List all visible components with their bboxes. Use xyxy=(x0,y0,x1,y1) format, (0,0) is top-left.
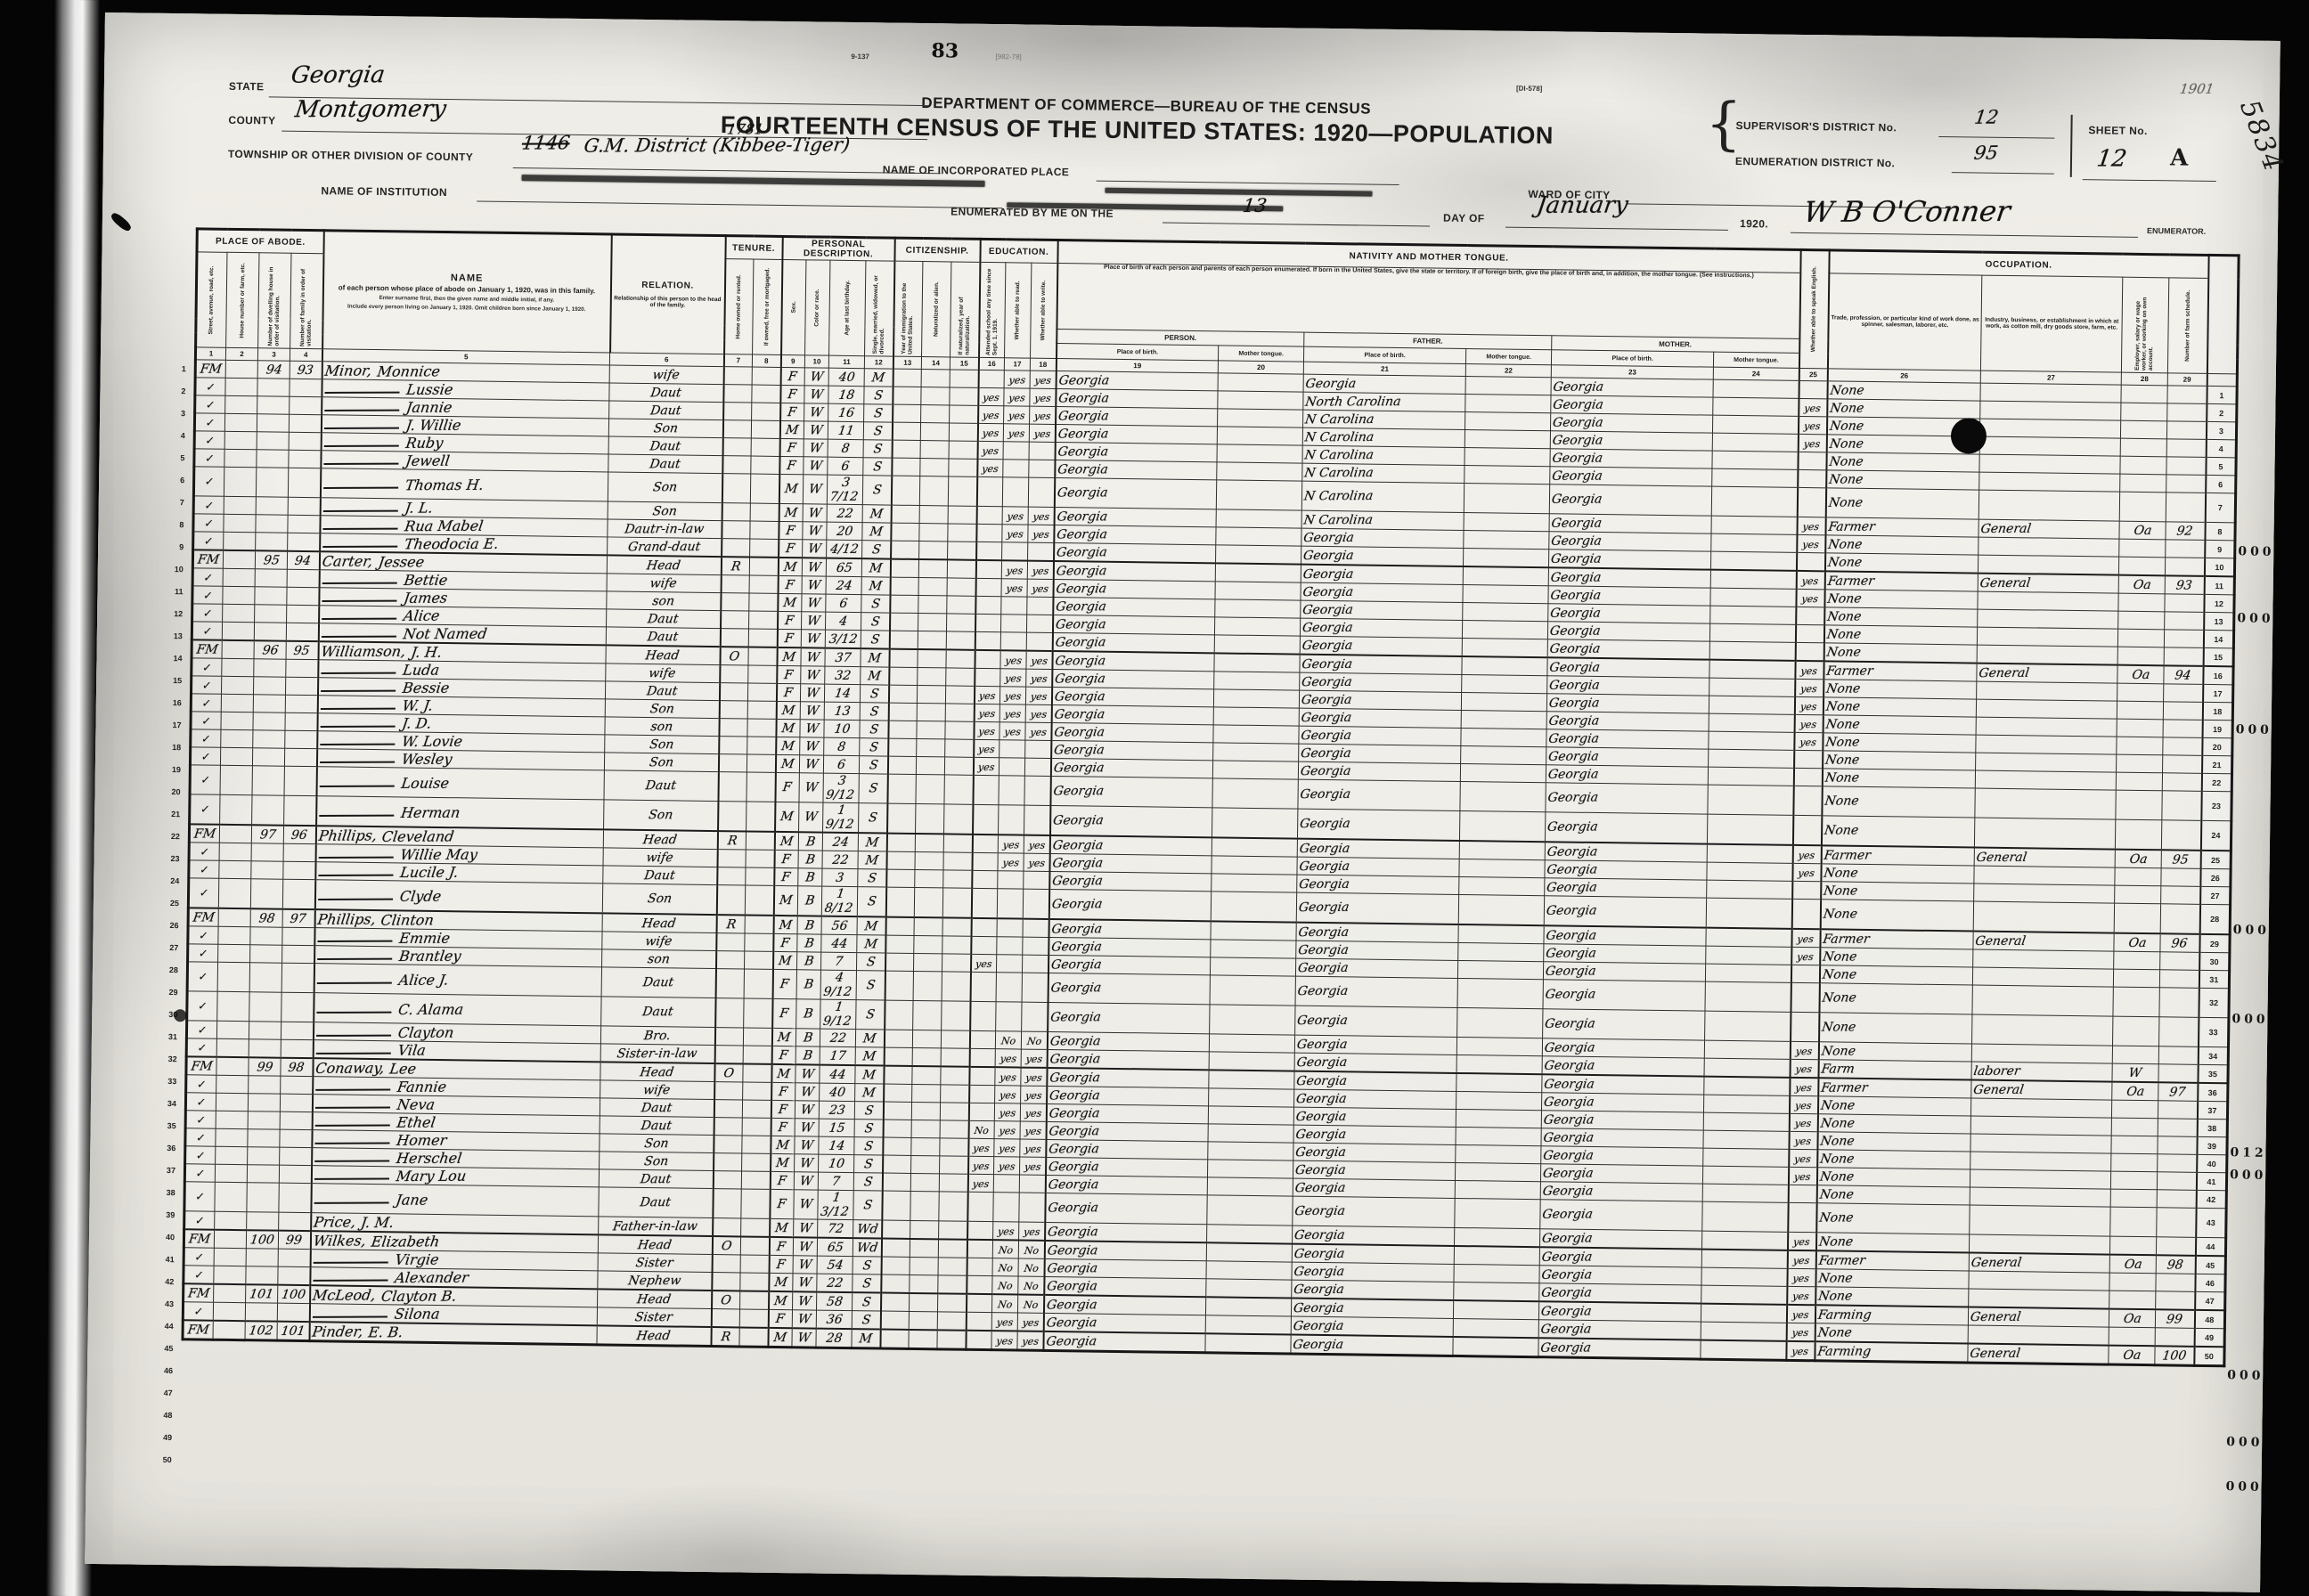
cell-line-number: 30 xyxy=(2199,952,2230,970)
cell-occupation: None xyxy=(1825,488,1979,519)
cell-age: 58 xyxy=(817,1292,853,1311)
column-number: 14 xyxy=(921,357,950,370)
cell-pob: Georgia xyxy=(1046,1103,1208,1123)
margin-line-number: 10 xyxy=(169,558,184,581)
margin-stamp xyxy=(2226,1409,2264,1432)
cell-pob: Georgia xyxy=(1052,651,1214,672)
cell-line-number: 11 xyxy=(2204,576,2234,595)
cell-pob-father: Georgia xyxy=(1294,1071,1456,1092)
margin-line-number: 40 xyxy=(160,1226,175,1249)
cell-age: 3 7/12 xyxy=(827,475,862,505)
cell-pob-father: Georgia xyxy=(1299,744,1461,763)
cell-pob-father: Georgia xyxy=(1292,1262,1454,1282)
cell-pob-father: Georgia xyxy=(1299,726,1461,745)
cell-occupation: None xyxy=(1827,399,1980,419)
cell-pob: Georgia xyxy=(1051,704,1213,724)
township-value: G.M. District (Kibbee-Tiger) xyxy=(583,134,851,156)
column-abode-2: House number or farm, etc. xyxy=(226,252,259,347)
cell-pob-father: Georgia xyxy=(1301,546,1464,566)
ditto-mark xyxy=(322,501,397,512)
column-abode-3: Number of dwelling house in order of vis… xyxy=(258,253,291,348)
cell-relation: Bro. xyxy=(600,1026,714,1046)
cell-pob: Georgia xyxy=(1054,507,1216,526)
cell-pob-father: Georgia xyxy=(1292,1280,1454,1300)
margin-line-number: 12 xyxy=(168,603,183,625)
cell-pob: Georgia xyxy=(1048,919,1211,940)
cell-age: 65 xyxy=(826,558,861,577)
margin-line-number: 33 xyxy=(162,1071,176,1093)
cell-relation: Son xyxy=(600,1134,714,1153)
cell-pob-father: Georgia xyxy=(1293,1107,1456,1127)
cell-occupation: None xyxy=(1818,1042,1971,1062)
cell-occupation: None xyxy=(1819,983,1972,1014)
state-label: STATE xyxy=(229,80,265,94)
margin-stamp xyxy=(2234,786,2272,809)
column-number: 8 xyxy=(752,354,780,367)
margin-stamp xyxy=(2233,852,2271,875)
cell-pob-mother: Georgia xyxy=(1541,1111,1703,1130)
ditto-mark xyxy=(314,1134,389,1144)
column-number: 15 xyxy=(950,357,978,370)
ditto-mark xyxy=(318,848,393,859)
margin-stamp xyxy=(2229,1231,2266,1254)
cell-pob-father: Georgia xyxy=(1296,958,1458,978)
column-citizenship-14: Naturalized or alien. xyxy=(922,262,951,357)
cell-pob-mother: Georgia xyxy=(1548,622,1710,641)
cell-line-number: 26 xyxy=(2200,868,2231,886)
cell-age: 44 xyxy=(821,934,857,953)
cell-pob-mother: Georgia xyxy=(1541,1128,1703,1148)
cell-name: Clyde xyxy=(314,880,602,914)
column-industry: Industry, business, or establishment in … xyxy=(1981,275,2123,372)
margin-line-number: 2 xyxy=(171,380,185,403)
cell-line-number: 38 xyxy=(2197,1119,2227,1136)
cell-relation: Daut xyxy=(601,997,715,1028)
margin-stamp xyxy=(2239,496,2276,519)
cell-age: 56 xyxy=(821,916,857,935)
margin-line-number: 35 xyxy=(161,1115,175,1137)
margin-line-number: 41 xyxy=(160,1249,175,1271)
cell-relation: Daut xyxy=(609,383,723,403)
cell-relation: Sister xyxy=(597,1307,711,1327)
column-number: 9 xyxy=(780,354,804,367)
margin-line-number: 45 xyxy=(159,1338,173,1360)
cell-pob-father: Georgia xyxy=(1299,690,1461,710)
cell-line-number: 29 xyxy=(2199,934,2230,953)
cell-pob: Georgia xyxy=(1044,1295,1206,1315)
cell-age: 24 xyxy=(822,833,858,851)
margin-stamp xyxy=(2239,474,2276,497)
cell-relation: Daut xyxy=(603,866,717,885)
cell-relation: Daut xyxy=(600,1098,714,1118)
cell-pob-father: N Carolina xyxy=(1302,445,1465,465)
cell-pob-mother: Georgia xyxy=(1540,1200,1702,1231)
cell-pob-father: Georgia xyxy=(1295,1006,1457,1037)
cell-occupation: Farmer xyxy=(1815,1250,1969,1271)
column-number: 13 xyxy=(893,356,921,369)
county-value: Montgomery xyxy=(293,96,447,124)
cell-pob: Georgia xyxy=(1043,1331,1205,1353)
cell-pob-mother: Georgia xyxy=(1551,413,1713,433)
ditto-mark xyxy=(324,401,399,411)
margin-stamp: 000 xyxy=(2230,1164,2267,1187)
cell-pob: Georgia xyxy=(1050,758,1212,778)
cell-line-number: 44 xyxy=(2196,1237,2226,1256)
cell-pob-mother: Georgia xyxy=(1545,878,1707,898)
column-number: 22 xyxy=(1465,364,1551,378)
state-value: Georgia xyxy=(290,61,387,88)
ditto-mark xyxy=(320,735,395,745)
margin-line-number: 14 xyxy=(167,647,182,670)
cell-line-number: 37 xyxy=(2198,1101,2228,1119)
margin-line-number: 21 xyxy=(166,803,180,826)
section-name: NAME of each person whose place of abode… xyxy=(322,231,612,353)
margin-stamp: 000 xyxy=(2237,607,2274,631)
column-tenure-8: If owned, free or mortgaged. xyxy=(753,259,782,354)
nativity-note: Place of birth of each person and parent… xyxy=(1057,264,1800,339)
cell-relation: Head xyxy=(600,1062,714,1081)
ditto-mark xyxy=(316,1002,391,1013)
cell-pob-father: Georgia xyxy=(1292,1299,1454,1319)
cell-pob-father: Georgia xyxy=(1303,374,1465,394)
cell-relation: Dautr-in-law xyxy=(608,519,722,539)
cell-pob-mother: Georgia xyxy=(1544,925,1706,946)
cell-occupation: Farmer xyxy=(1825,517,1979,537)
cell-name: Thomas H. xyxy=(320,468,608,501)
ditto-mark xyxy=(314,1152,389,1162)
cell-pob: Georgia xyxy=(1052,669,1214,688)
ditto-mark xyxy=(315,1098,390,1109)
margin-stamp xyxy=(2231,986,2269,1009)
cell-line-number: 13 xyxy=(2204,612,2234,630)
margin-stamp xyxy=(2231,1075,2268,1098)
cell-line-number: 12 xyxy=(2204,594,2234,612)
cell-line-number: 21 xyxy=(2202,755,2232,773)
cell-pob-father: Georgia xyxy=(1301,528,1464,548)
incorporated-instruction-bar xyxy=(1105,188,1372,197)
cell-pob: Georgia xyxy=(1050,776,1212,807)
enumeration-label: ENUMERATION DISTRICT No. xyxy=(1735,155,1896,169)
cell-line-number: 20 xyxy=(2202,737,2232,755)
margin-line-number: 4 xyxy=(171,425,185,447)
margin-line-number: 44 xyxy=(159,1315,174,1338)
cell-line-number: 24 xyxy=(2200,820,2231,851)
cell-pob-mother: Georgia xyxy=(1541,1146,1703,1166)
cell-pob-father: N Carolina xyxy=(1303,410,1465,429)
column-number: 17 xyxy=(1004,358,1030,370)
cell-pob-mother: Georgia xyxy=(1545,860,1707,880)
cell-age: 72 xyxy=(818,1219,853,1238)
supervisor-value: 12 xyxy=(1973,107,2000,128)
enumerator-signature: W B O'Conner xyxy=(1801,194,2012,229)
cell-age: 22 xyxy=(822,851,858,869)
ditto-mark xyxy=(319,776,394,786)
cell-line-number: 2 xyxy=(2207,403,2237,421)
cell-occupation: None xyxy=(1818,1096,1971,1116)
cell-occupation: Farm xyxy=(1818,1060,1971,1080)
ditto-mark xyxy=(320,699,395,710)
day-of-label: DAY OF xyxy=(1443,212,1485,225)
cell-pob-father: Georgia xyxy=(1291,1316,1453,1337)
cell-line-number: 5 xyxy=(2206,457,2236,475)
cell-age: 4 xyxy=(826,612,861,631)
column-citizenship-15: If naturalized, year of naturalization. xyxy=(951,262,980,357)
cell-age: 44 xyxy=(820,1065,855,1084)
cell-pob: Georgia xyxy=(1044,1241,1206,1261)
cell-pob: Georgia xyxy=(1055,425,1217,444)
cell-age: 28 xyxy=(816,1329,852,1348)
cell-relation: son xyxy=(607,591,721,611)
cell-occupation: None xyxy=(1824,643,1977,664)
cell-pob-father: Georgia xyxy=(1298,761,1460,781)
cell-occupation: None xyxy=(1817,1150,1970,1169)
column-number: 20 xyxy=(1218,361,1303,374)
ditto-mark xyxy=(321,627,396,638)
cell-pob: Georgia xyxy=(1056,371,1218,391)
margin-stamp xyxy=(2228,1298,2265,1321)
cell-pob: Georgia xyxy=(1052,632,1214,653)
cell-relation: Son xyxy=(605,735,719,754)
cell-occupation: None xyxy=(1822,769,1975,788)
cell-relation: Daut xyxy=(606,627,720,647)
section-education: EDUCATION. xyxy=(980,239,1057,263)
cell-pob-father: Georgia xyxy=(1301,582,1463,602)
cell-pob: Georgia xyxy=(1045,1193,1207,1224)
institution-label: NAME OF INSTITUTION xyxy=(321,184,447,199)
cell-name: Jane xyxy=(311,1184,599,1217)
cell-pob-mother: Georgia xyxy=(1539,1301,1701,1322)
cell-age: 8 xyxy=(828,439,863,458)
enumerated-year: 1920. xyxy=(1740,217,1768,230)
cell-age: 22 xyxy=(820,1029,855,1047)
cell-pob-mother: Georgia xyxy=(1546,812,1708,844)
column-education-17: Whether able to read. xyxy=(1005,263,1032,358)
ditto-mark xyxy=(314,1116,389,1127)
ditto-mark xyxy=(324,383,399,394)
ditto-mark xyxy=(315,1080,390,1091)
cell-pob-father: Georgia xyxy=(1294,1089,1456,1109)
cell-age: 3/12 xyxy=(825,630,861,648)
cell-pob-father: Georgia xyxy=(1291,1335,1453,1356)
cell-pob-father: Georgia xyxy=(1296,940,1458,960)
column-trade: Trade, profession, or particular kind of… xyxy=(1828,273,1982,370)
cell-pob: Georgia xyxy=(1047,1049,1209,1070)
cell-pob-mother: Georgia xyxy=(1544,944,1706,964)
margin-stamp xyxy=(2238,563,2275,586)
cell-line-number: 27 xyxy=(2200,886,2231,904)
margin-line-number: 46 xyxy=(159,1360,173,1382)
cell-pob-father: N Carolina xyxy=(1301,510,1464,530)
enumerated-label: ENUMERATED BY ME ON THE xyxy=(951,205,1114,219)
cell-relation: wife xyxy=(607,574,721,593)
enumerator-label: ENUMERATOR. xyxy=(2147,226,2206,236)
margin-line-number: 47 xyxy=(159,1382,173,1405)
cell-line-number: 10 xyxy=(2205,558,2235,576)
line-number-column-header xyxy=(2207,255,2240,373)
document-code: [DI-578] xyxy=(1516,85,1542,93)
ditto-mark xyxy=(323,454,398,465)
cell-relation: Head xyxy=(598,1234,712,1254)
cell-age: 1 8/12 xyxy=(821,886,857,916)
cell-age: 6 xyxy=(826,594,861,613)
cell-occupation: None xyxy=(1817,1114,1970,1134)
cell-pob-mother: Georgia xyxy=(1538,1320,1701,1340)
cell-pob: Georgia xyxy=(1053,561,1215,582)
cell-line-number: 23 xyxy=(2201,791,2231,820)
cell-relation: Head xyxy=(607,555,721,574)
cell-occupation: None xyxy=(1815,1287,1969,1307)
cell-age: 18 xyxy=(828,386,864,404)
cell-pob-mother: Georgia xyxy=(1548,604,1710,623)
margin-line-number: 22 xyxy=(166,826,180,848)
county-label: COUNTY xyxy=(228,114,275,127)
ditto-mark xyxy=(321,664,396,674)
column-citizenship-13: Year of immigration to the United States… xyxy=(893,261,923,356)
cell-relation: Father-in-law xyxy=(599,1217,713,1236)
sheet-value: 12 xyxy=(2095,145,2128,172)
ditto-mark xyxy=(319,805,394,816)
cell-line-number: 9 xyxy=(2205,540,2235,558)
cell-age: 7 xyxy=(821,952,857,971)
enumerated-day: 13 xyxy=(1242,195,1269,216)
cell-age: 8 xyxy=(824,737,860,756)
margin-line-number: 18 xyxy=(167,737,181,759)
cell-name: Herman xyxy=(316,796,604,830)
cell-pob-mother: Georgia xyxy=(1546,765,1708,785)
cell-pob-mother: Georgia xyxy=(1549,484,1711,516)
cell-pob-mother: Georgia xyxy=(1546,712,1709,731)
cell-pob-father: Georgia xyxy=(1293,1160,1456,1180)
margin-line-number: 42 xyxy=(159,1271,174,1293)
cell-age: 4 9/12 xyxy=(820,970,856,1000)
cell-line-number: 4 xyxy=(2206,439,2236,457)
cell-occupation: None xyxy=(1822,816,1975,848)
cell-age: 22 xyxy=(817,1274,853,1292)
cell-occupation: None xyxy=(1822,786,1975,818)
ditto-mark xyxy=(318,866,393,876)
sheet-letter: A xyxy=(2170,144,2189,171)
cell-pob: Georgia xyxy=(1049,835,1212,856)
enumeration-value: 95 xyxy=(1972,142,1999,164)
column-education-18: Whether able to write. xyxy=(1031,263,1057,358)
cell-line-number: 47 xyxy=(2195,1291,2225,1310)
cell-pob: Georgia xyxy=(1054,542,1216,563)
cell-relation: Son xyxy=(608,419,722,438)
cell-pob-father: Georgia xyxy=(1299,708,1461,728)
ditto-mark xyxy=(320,753,395,763)
margin-stamp xyxy=(2238,518,2275,541)
ditto-mark xyxy=(316,1026,391,1037)
column-personal-11: Age at last birthday. xyxy=(829,260,866,356)
cell-pob: Georgia xyxy=(1049,853,1212,873)
cell-relation: Son xyxy=(608,501,722,521)
cell-line-number: 45 xyxy=(2195,1256,2225,1274)
ditto-mark xyxy=(324,419,399,429)
margin-line-number: 20 xyxy=(166,781,180,803)
cell-pob-father: Georgia xyxy=(1298,779,1460,810)
ditto-mark xyxy=(315,1044,390,1054)
form-code: 9-137 xyxy=(851,53,869,61)
cell-age: 11 xyxy=(828,421,863,440)
cell-line-number: 1 xyxy=(2207,386,2237,403)
cell-pob: Georgia xyxy=(1046,1157,1208,1177)
cell-occupation: Farmer xyxy=(1821,845,1974,866)
cell-pob: Georgia xyxy=(1049,871,1212,891)
margin-stamp xyxy=(2234,830,2272,853)
column-number: 3 xyxy=(257,348,290,361)
cell-age: 14 xyxy=(819,1136,854,1155)
margin-stamp xyxy=(2232,964,2270,987)
cell-line-number: 34 xyxy=(2198,1046,2228,1064)
ink-blot xyxy=(174,1009,186,1022)
bracket-code: [982-78] xyxy=(995,53,1021,61)
cell-pob-mother: Georgia xyxy=(1551,395,1713,415)
cell-pob-mother: Georgia xyxy=(1546,783,1708,814)
cell-occupation: None xyxy=(1817,1168,1970,1187)
cell-relation: wife xyxy=(603,848,717,867)
cell-line-number: 46 xyxy=(2195,1274,2225,1291)
cell-pob: Georgia xyxy=(1052,687,1214,706)
cell-line-number: 7 xyxy=(2205,493,2235,522)
margin-line-number: 39 xyxy=(160,1204,175,1226)
cell-age: 6 xyxy=(828,457,863,476)
cell-pob-father: Georgia xyxy=(1300,672,1462,692)
ditto-mark xyxy=(322,609,396,620)
cell-pob: Georgia xyxy=(1048,973,1210,1004)
cell-pob: Georgia xyxy=(1056,407,1218,427)
cell-pob: Georgia xyxy=(1048,889,1211,921)
margin-stamp xyxy=(2233,875,2271,898)
cell-pob-mother: Georgia xyxy=(1542,1056,1704,1077)
margin-line-number: 15 xyxy=(167,670,182,692)
cell-occupation: None xyxy=(1820,965,1973,985)
margin-line-number: 29 xyxy=(163,981,177,1004)
cell-line-number: 42 xyxy=(2196,1190,2226,1208)
margin-stamp xyxy=(2235,763,2272,786)
margin-line-number: 50 xyxy=(158,1449,172,1471)
cell-line-number: 43 xyxy=(2196,1208,2226,1237)
cell-pob: Georgia xyxy=(1043,1313,1205,1333)
cell-pob-father: Georgia xyxy=(1293,1178,1455,1198)
margin-stamp: 012 xyxy=(2230,1142,2267,1165)
cell-pob-mother: Georgia xyxy=(1543,1009,1705,1040)
cell-pob: Georgia xyxy=(1053,579,1215,598)
margin-stamp xyxy=(2231,1053,2268,1076)
cell-age: 14 xyxy=(824,684,860,703)
ditto-mark xyxy=(322,591,396,602)
cell-age: 22 xyxy=(827,504,862,523)
cell-name: Louise xyxy=(316,767,604,800)
cell-pob-mother: Georgia xyxy=(1542,1074,1704,1095)
cell-occupation: None xyxy=(1823,697,1976,717)
cell-pob-father: Georgia xyxy=(1292,1244,1454,1265)
margin-line-number: 37 xyxy=(161,1160,175,1182)
cell-pob-mother: Georgia xyxy=(1546,694,1709,713)
margin-stamp: 000 xyxy=(2238,541,2275,564)
margin-line-number: 5 xyxy=(170,447,184,469)
cell-pob-father: Georgia xyxy=(1300,636,1462,656)
cell-relation: Son xyxy=(604,753,718,772)
cell-pob-mother: Georgia xyxy=(1546,747,1709,767)
cell-pob-mother: Georgia xyxy=(1544,896,1706,928)
cell-relation: Daut xyxy=(608,454,722,474)
cell-pob-father: N Carolina xyxy=(1302,463,1465,483)
margin-line-number: 1 xyxy=(172,358,186,380)
cell-occupation: None xyxy=(1824,590,1978,609)
cell-pob: Georgia xyxy=(1046,1139,1208,1159)
cell-relation: Daut xyxy=(599,1169,713,1189)
cell-name: C. Alama xyxy=(314,993,601,1026)
